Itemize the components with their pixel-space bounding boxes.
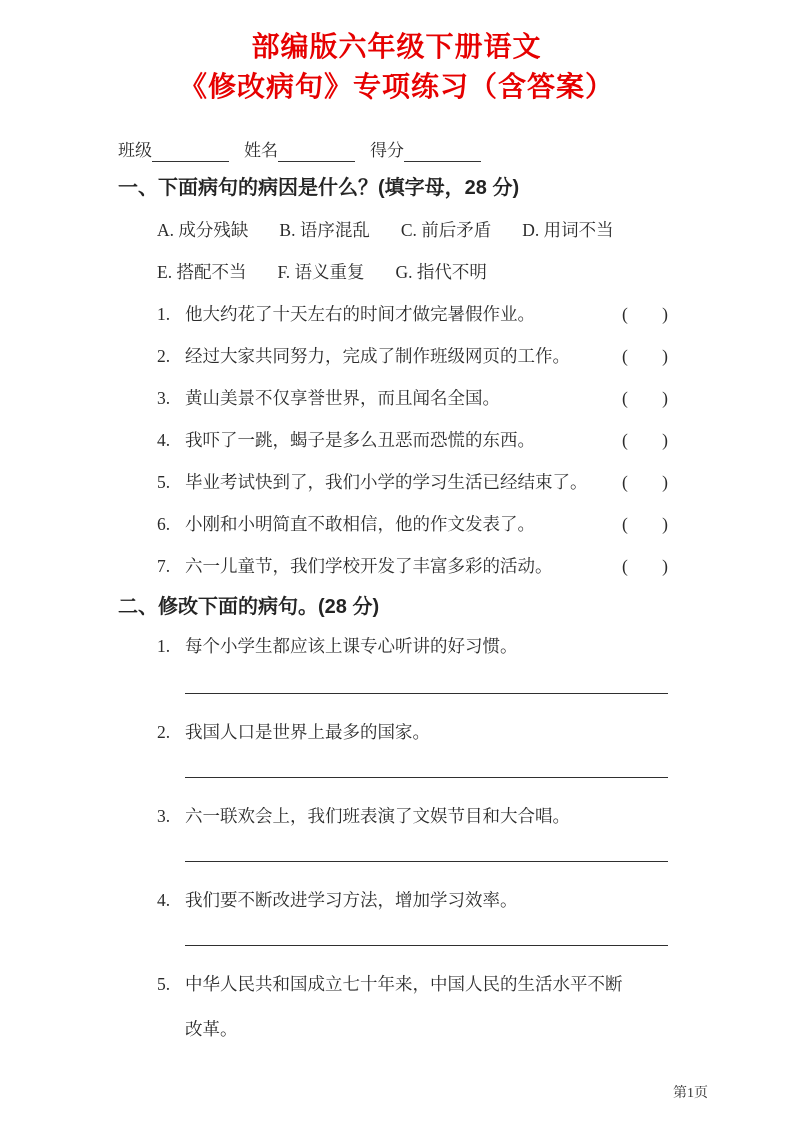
question-sentence: 经过大家共同努力，完成了制作班级网页的工作。 xyxy=(185,344,570,368)
question-sentence: 我国人口是世界上最多的国家。 xyxy=(185,720,430,744)
question-number: 5. xyxy=(157,470,185,494)
page-number: 第1页 xyxy=(673,1082,708,1102)
section2-question-2: 2. 我国人口是世界上最多的国家。 xyxy=(157,720,668,744)
question-sentence: 毕业考试快到了，我们小学的学习生活已经结束了。 xyxy=(185,470,588,494)
paren-close: ) xyxy=(662,470,668,494)
answer-parentheses: () xyxy=(622,302,668,326)
paren-open: ( xyxy=(622,554,628,578)
answer-parentheses: () xyxy=(622,512,668,536)
question-number: 5. xyxy=(157,972,185,996)
section1-question-5: 5.毕业考试快到了，我们小学的学习生活已经结束了。 () xyxy=(157,470,668,494)
question-sentence: 黄山美景不仅享誉世界，而且闻名全国。 xyxy=(185,386,500,410)
question-sentence: 他大约花了十天左右的时间才做完暑假作业。 xyxy=(185,302,535,326)
paren-close: ) xyxy=(662,386,668,410)
question-number: 2. xyxy=(157,344,185,368)
name-field-group: 姓名 xyxy=(244,140,355,162)
question-text: 1.他大约花了十天左右的时间才做完暑假作业。 xyxy=(157,302,535,326)
answer-parentheses: () xyxy=(622,554,668,578)
option-f: F. 语义重复 xyxy=(277,260,364,284)
question-sentence: 六一联欢会上，我们班表演了文娱节目和大合唱。 xyxy=(185,804,570,828)
question-sentence: 我吓了一跳，蝎子是多么丑恶而恐慌的东西。 xyxy=(185,428,535,452)
page-content: 班级 姓名 得分 一、下面病句的病因是什么？(填字母，28 分) A. 成分残缺… xyxy=(0,140,668,1052)
class-blank-line xyxy=(152,142,229,162)
paren-open: ( xyxy=(622,302,628,326)
title-line-1: 部编版六年级下册语文 xyxy=(0,27,793,67)
option-b: B. 语序混乱 xyxy=(279,218,369,242)
question-sentence: 六一儿童节，我们学校开发了丰富多彩的活动。 xyxy=(185,554,553,578)
question-text: 2.经过大家共同努力，完成了制作班级网页的工作。 xyxy=(157,344,570,368)
paren-close: ) xyxy=(662,302,668,326)
question-sentence: 中华人民共和国成立七十年来，中国人民的生活水平不断改革。 xyxy=(185,962,633,1052)
section1-heading: 一、下面病句的病因是什么？(填字母，28 分) xyxy=(118,175,668,201)
paren-open: ( xyxy=(622,344,628,368)
answer-parentheses: () xyxy=(622,470,668,494)
paren-open: ( xyxy=(622,470,628,494)
answer-parentheses: () xyxy=(622,428,668,452)
question-text: 3.黄山美景不仅享誉世界，而且闻名全国。 xyxy=(157,386,500,410)
question-number: 3. xyxy=(157,386,185,410)
option-g: G. 指代不明 xyxy=(396,260,487,284)
score-blank-line xyxy=(404,142,481,162)
question-text: 4.我吓了一跳，蝎子是多么丑恶而恐慌的东西。 xyxy=(157,428,535,452)
answer-blank-line xyxy=(185,693,668,694)
question-number: 2. xyxy=(157,720,185,744)
option-d: D. 用词不当 xyxy=(522,218,613,242)
document-title: 部编版六年级下册语文 《修改病句》专项练习（含答案） xyxy=(0,27,793,107)
section2-question-4: 4. 我们要不断改进学习方法，增加学习效率。 xyxy=(157,888,668,912)
section1-options-row1: A. 成分残缺 B. 语序混乱 C. 前后矛盾 D. 用词不当 xyxy=(157,218,668,242)
answer-blank-line xyxy=(185,861,668,862)
score-label: 得分 xyxy=(370,140,404,162)
section1-question-1: 1.他大约花了十天左右的时间才做完暑假作业。 () xyxy=(157,302,668,326)
paren-close: ) xyxy=(662,428,668,452)
answer-parentheses: () xyxy=(622,344,668,368)
question-number: 6. xyxy=(157,512,185,536)
student-info-bar: 班级 姓名 得分 xyxy=(118,140,668,162)
question-number: 4. xyxy=(157,888,185,912)
question-number: 4. xyxy=(157,428,185,452)
class-label: 班级 xyxy=(118,140,152,162)
score-field-group: 得分 xyxy=(370,140,481,162)
section2-heading: 二、修改下面的病句。(28 分) xyxy=(118,594,668,620)
question-sentence: 我们要不断改进学习方法，增加学习效率。 xyxy=(185,888,518,912)
question-text: 7.六一儿童节，我们学校开发了丰富多彩的活动。 xyxy=(157,554,553,578)
section1-question-3: 3.黄山美景不仅享誉世界，而且闻名全国。 () xyxy=(157,386,668,410)
paren-open: ( xyxy=(622,512,628,536)
question-text: 6.小刚和小明简直不敢相信，他的作文发表了。 xyxy=(157,512,535,536)
paren-open: ( xyxy=(622,386,628,410)
section1-question-2: 2.经过大家共同努力，完成了制作班级网页的工作。 () xyxy=(157,344,668,368)
paren-close: ) xyxy=(662,554,668,578)
worksheet-page: 部编版六年级下册语文 《修改病句》专项练习（含答案） 班级 姓名 得分 一、下面… xyxy=(0,0,793,1122)
class-field-group: 班级 xyxy=(118,140,229,162)
option-e: E. 搭配不当 xyxy=(157,260,246,284)
title-line-2: 《修改病句》专项练习（含答案） xyxy=(0,67,793,107)
option-a: A. 成分残缺 xyxy=(157,218,248,242)
section2-question-3: 3. 六一联欢会上，我们班表演了文娱节目和大合唱。 xyxy=(157,804,668,828)
section1-question-4: 4.我吓了一跳，蝎子是多么丑恶而恐慌的东西。 () xyxy=(157,428,668,452)
paren-close: ) xyxy=(662,512,668,536)
question-sentence: 每个小学生都应该上课专心听讲的好习惯。 xyxy=(185,634,518,658)
question-number: 1. xyxy=(157,302,185,326)
section1-question-6: 6.小刚和小明简直不敢相信，他的作文发表了。 () xyxy=(157,512,668,536)
section2-question-1: 1. 每个小学生都应该上课专心听讲的好习惯。 xyxy=(157,634,668,658)
answer-parentheses: () xyxy=(622,386,668,410)
paren-close: ) xyxy=(662,344,668,368)
section1-question-7: 7.六一儿童节，我们学校开发了丰富多彩的活动。 () xyxy=(157,554,668,578)
paren-open: ( xyxy=(622,428,628,452)
answer-blank-line xyxy=(185,777,668,778)
question-text: 5.毕业考试快到了，我们小学的学习生活已经结束了。 xyxy=(157,470,588,494)
question-number: 7. xyxy=(157,554,185,578)
option-c: C. 前后矛盾 xyxy=(401,218,491,242)
answer-blank-line xyxy=(185,945,668,946)
name-blank-line xyxy=(278,142,355,162)
section2-question-5: 5. 中华人民共和国成立七十年来，中国人民的生活水平不断改革。 xyxy=(157,972,668,1052)
question-sentence: 小刚和小明简直不敢相信，他的作文发表了。 xyxy=(185,512,535,536)
question-number: 1. xyxy=(157,634,185,658)
name-label: 姓名 xyxy=(244,140,278,162)
question-number: 3. xyxy=(157,804,185,828)
section1-options-row2: E. 搭配不当 F. 语义重复 G. 指代不明 xyxy=(157,260,668,284)
